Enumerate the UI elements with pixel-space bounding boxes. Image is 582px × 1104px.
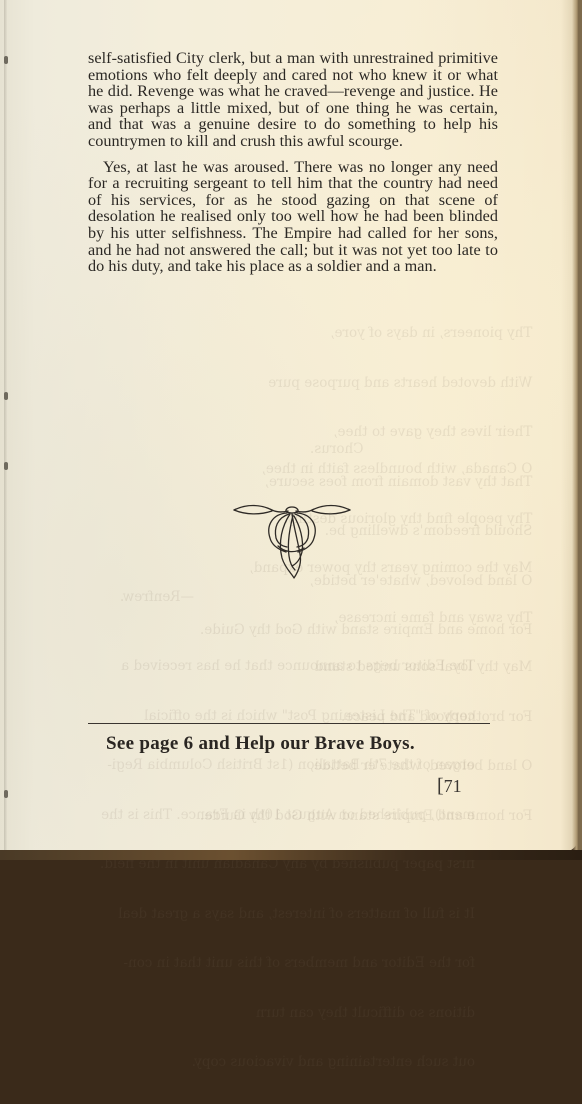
binding-stitch (4, 790, 8, 798)
book-page: Thy pioneers, in days of yore, With devo… (0, 0, 578, 852)
notice-banner: See page 6 and Help our Brave Boys. (106, 733, 496, 755)
bleed-line: Thy pioneers, in days of yore, (200, 325, 532, 342)
bleed-line: organ of the 7th Battalion (1st British … (100, 757, 475, 774)
bleed-line: Thy sway and fame increase, (200, 610, 532, 627)
binding-stitch (4, 462, 8, 470)
bleed-line: copy of "The Listening Post" which is th… (100, 708, 475, 725)
paragraph-2: Yes, at last he was aroused. There was n… (88, 159, 498, 275)
binding-edge (4, 0, 7, 852)
binding-stitch (4, 56, 8, 64)
body-text: self-satisfied City clerk, but a man wit… (88, 50, 498, 275)
bleed-line: ment), published on August 10th in Franc… (100, 807, 475, 824)
bleed-through-chorus-label: Chorus. (310, 408, 364, 491)
binding-stitch (4, 392, 8, 400)
bleed-line: O land beloved, whate'er betide, (200, 758, 532, 775)
bleed-line: For home and Empire stand with God thy G… (200, 622, 532, 639)
page-number: [71 (437, 775, 462, 798)
bleed-line: Their lives they gave to thee, (200, 424, 532, 441)
ribbon-bow-ornament-icon (232, 502, 352, 582)
background-edge (578, 0, 582, 860)
bleed-line: That thy vast domain from foes secure, (200, 474, 532, 491)
bleed-line: With devoted hearts and purpose pure (200, 375, 532, 392)
paragraph-1: self-satisfied City clerk, but a man wit… (88, 50, 498, 150)
bleed-line: O Canada, with boundless faith in thee, (200, 461, 532, 478)
background-surface (0, 850, 582, 860)
bleed-through-author: —Renfrew. (120, 556, 194, 639)
bleed-through-verse: Thy pioneers, in days of yore, With devo… (200, 292, 532, 672)
horizontal-rule (88, 723, 490, 724)
bleed-line: May thy loyal sons united stand (200, 659, 532, 676)
page-number-value: 71 (444, 776, 462, 796)
page-number-bracket: [ (437, 775, 444, 797)
bleed-through-chorus: O Canada, with boundless faith in thee, … (200, 428, 532, 857)
bleed-line: For home and Empire stand with God thy G… (200, 808, 532, 825)
bleed-line: The Editor begs to announce that he has … (100, 658, 475, 675)
